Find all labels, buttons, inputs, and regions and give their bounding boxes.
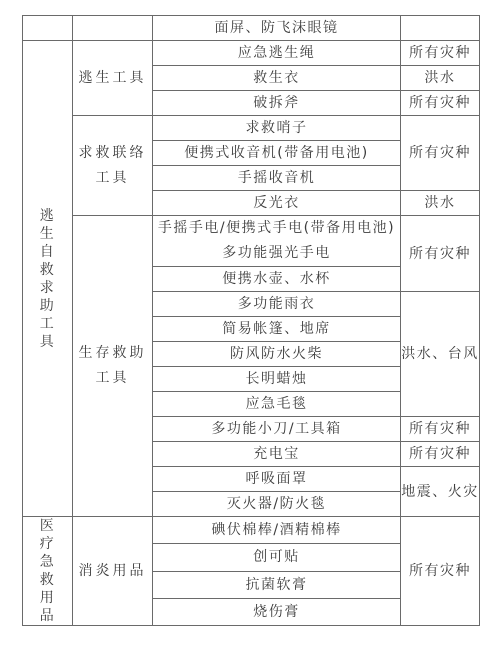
subcategory-cell: 逃生工具: [73, 41, 153, 116]
table-row: 逃生自救求助工具 逃生工具 应急逃生绳 所有灾种: [23, 41, 480, 66]
item-cell: 碘伏棉棒/酒精棉棒: [153, 517, 401, 544]
item-cell: 多功能小刀/工具箱: [153, 417, 401, 442]
scope-cell: 地震、火灾: [401, 467, 480, 517]
item-cell: 反光衣: [153, 191, 401, 216]
table-row: 求救联络工具 求救哨子 所有灾种: [23, 116, 480, 141]
item-cell: 应急毛毯: [153, 392, 401, 417]
category-cell: [23, 16, 73, 41]
item-cell: 救生衣: [153, 66, 401, 91]
subcategory-cell: 求救联络工具: [73, 116, 153, 216]
item-cell: 求救哨子: [153, 116, 401, 141]
scope-cell: 所有灾种: [401, 116, 480, 191]
item-cell: 面屏、防飞沫眼镜: [153, 16, 401, 41]
item-cell: 手摇手电/便携式手电(带备用电池) 多功能强光手电: [153, 216, 401, 267]
item-cell: 手摇收音机: [153, 166, 401, 191]
subcategory-label: 消炎用品: [77, 559, 149, 584]
subcategory-label: 逃生工具: [77, 66, 149, 91]
item-cell: 充电宝: [153, 442, 401, 467]
item-cell: 便携式收音机(带备用电池): [153, 141, 401, 166]
category-cell: 医疗急救用品: [23, 517, 73, 626]
table-row: 生存救助工具 手摇手电/便携式手电(带备用电池) 多功能强光手电 所有灾种: [23, 216, 480, 267]
item-cell: 呼吸面罩: [153, 467, 401, 492]
scope-cell: [401, 16, 480, 41]
scope-cell: 所有灾种: [401, 417, 480, 442]
scope-cell: 洪水: [401, 66, 480, 91]
scope-cell: 洪水、台风: [401, 292, 480, 417]
item-cell: 长明蜡烛: [153, 367, 401, 392]
subcategory-cell: [73, 16, 153, 41]
scope-cell: 所有灾种: [401, 91, 480, 116]
scope-cell: 所有灾种: [401, 216, 480, 292]
item-cell: 创可贴: [153, 544, 401, 571]
item-cell: 防风防水火柴: [153, 342, 401, 367]
table-row: 医疗急救用品 消炎用品 碘伏棉棒/酒精棉棒 所有灾种: [23, 517, 480, 544]
item-cell: 抗菌软膏: [153, 571, 401, 598]
item-cell: 烧伤膏: [153, 598, 401, 625]
scope-cell: 所有灾种: [401, 41, 480, 66]
scope-cell: 所有灾种: [401, 442, 480, 467]
table-row: 面屏、防飞沫眼镜: [23, 16, 480, 41]
item-line: 手摇手电/便携式手电(带备用电池): [153, 216, 400, 241]
subcategory-cell: 生存救助工具: [73, 216, 153, 517]
subcategory-cell: 消炎用品: [73, 517, 153, 626]
category-label: 医疗急救用品: [33, 517, 63, 625]
subcategory-label: 求救联络工具: [77, 141, 149, 191]
subcategory-label: 生存救助工具: [77, 341, 149, 391]
item-cell: 多功能雨衣: [153, 292, 401, 317]
category-label: 逃生自救求助工具: [33, 207, 63, 351]
scope-cell: 洪水: [401, 191, 480, 216]
item-cell: 便携水壶、水杯: [153, 267, 401, 292]
item-line: 多功能强光手电: [153, 241, 400, 266]
scope-cell: 所有灾种: [401, 517, 480, 626]
item-cell: 应急逃生绳: [153, 41, 401, 66]
emergency-kit-table: 面屏、防飞沫眼镜 逃生自救求助工具 逃生工具 应急逃生绳 所有灾种 救生衣 洪水…: [22, 15, 480, 626]
category-cell: 逃生自救求助工具: [23, 41, 73, 517]
item-cell: 灭火器/防火毯: [153, 492, 401, 517]
item-cell: 破拆斧: [153, 91, 401, 116]
item-cell: 简易帐篷、地席: [153, 317, 401, 342]
